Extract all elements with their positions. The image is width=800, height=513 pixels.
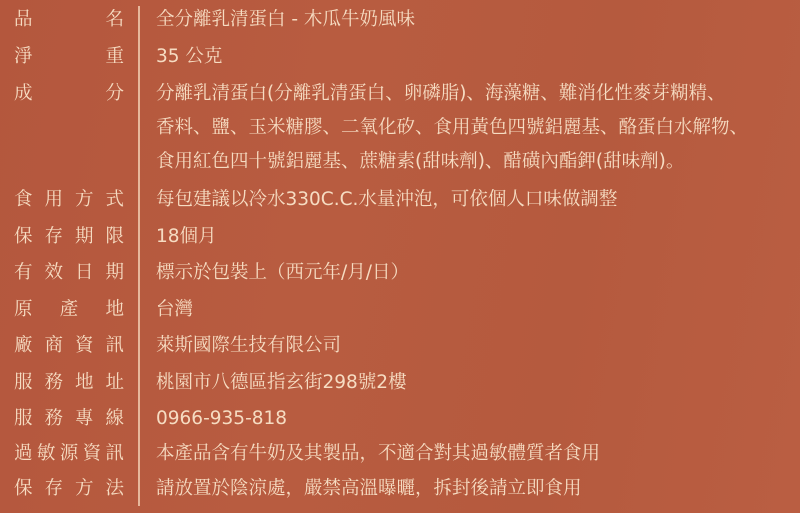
label-origin: 原 產 地 (14, 293, 124, 327)
label-product-name: 品 名 (14, 3, 124, 37)
value-line: 請放置於陰涼處，嚴禁高溫曝曬，拆封後請立即食用 (156, 472, 796, 506)
label-char: 品 (14, 3, 33, 37)
label-char: 務 (44, 366, 63, 400)
label-char: 日 (75, 256, 94, 290)
value-service-address: 桃園市八德區指玄街298號2樓 (156, 366, 796, 400)
column-divider (138, 6, 140, 506)
label-char: 用 (44, 183, 63, 217)
label-char: 名 (105, 3, 124, 37)
label-char: 資 (75, 329, 94, 363)
value-line: 全分離乳清蛋白 - 木瓜牛奶風味 (156, 3, 796, 37)
label-char: 原 (14, 293, 33, 327)
label-service-hotline: 服 務 專 線 (14, 402, 124, 436)
value-net-weight: 35 公克 (156, 40, 796, 74)
label-char: 服 (14, 366, 33, 400)
label-allergen-info: 過 敏 源 資 訊 (14, 437, 124, 471)
label-char: 服 (14, 402, 33, 436)
label-char: 保 (14, 472, 33, 506)
label-char: 資 (83, 437, 102, 471)
value-shelf-life: 18個月 (156, 220, 796, 254)
label-char: 務 (44, 402, 63, 436)
label-char: 存 (44, 472, 63, 506)
label-char: 重 (105, 40, 124, 74)
label-char: 過 (14, 437, 33, 471)
value-line: 每包建議以冷水330C.C.水量沖泡，可依個人口味做調整 (156, 183, 796, 217)
value-usage: 每包建議以冷水330C.C.水量沖泡，可依個人口味做調整 (156, 183, 796, 217)
value-line: 食用紅色四十號鋁麗基、蔗糖素(甜味劑)、醋磺內酯鉀(甜味劑)。 (156, 145, 796, 179)
label-manufacturer: 廠 商 資 訊 (14, 329, 124, 363)
label-char: 廠 (14, 329, 33, 363)
value-manufacturer: 萊斯國際生技有限公司 (156, 329, 796, 363)
label-shelf-life: 保 存 期 限 (14, 220, 124, 254)
label-char: 商 (44, 329, 63, 363)
label-char: 期 (105, 256, 124, 290)
label-expiry-date: 有 效 日 期 (14, 256, 124, 290)
value-line: 0966-935-818 (156, 402, 796, 436)
label-char: 存 (44, 220, 63, 254)
value-line: 萊斯國際生技有限公司 (156, 329, 796, 363)
value-line: 35 公克 (156, 40, 796, 74)
label-char: 址 (105, 366, 124, 400)
value-product-name: 全分離乳清蛋白 - 木瓜牛奶風味 (156, 3, 796, 37)
value-origin: 台灣 (156, 293, 796, 327)
label-char: 產 (60, 293, 79, 327)
label-char: 效 (44, 256, 63, 290)
label-char: 有 (14, 256, 33, 290)
value-line: 台灣 (156, 293, 796, 327)
label-char: 方 (75, 472, 94, 506)
label-storage-method: 保 存 方 法 (14, 472, 124, 506)
value-ingredients: 分離乳清蛋白(分離乳清蛋白、卵磷脂)、海藻糖、難消化性麥芽糊精、 香料、鹽、玉米… (156, 77, 796, 179)
value-line: 香料、鹽、玉米糖膠、二氧化矽、食用黃色四號鋁麗基、酪蛋白水解物、 (156, 111, 796, 145)
value-line: 標示於包裝上（西元年/月/日） (156, 256, 796, 290)
label-char: 源 (60, 437, 79, 471)
label-char: 地 (75, 366, 94, 400)
value-line: 18個月 (156, 220, 796, 254)
label-usage: 食 用 方 式 (14, 183, 124, 217)
label-ingredients: 成 分 (14, 77, 124, 111)
product-info-sheet: 品 名 全分離乳清蛋白 - 木瓜牛奶風味 淨 重 35 公克 成 分 分離乳清蛋… (0, 0, 800, 513)
value-line: 桃園市八德區指玄街298號2樓 (156, 366, 796, 400)
label-char: 專 (75, 402, 94, 436)
value-allergen-info: 本產品含有牛奶及其製品，不適合對其過敏體質者食用 (156, 437, 796, 471)
label-char: 限 (105, 220, 124, 254)
label-char: 法 (105, 472, 124, 506)
value-line: 分離乳清蛋白(分離乳清蛋白、卵磷脂)、海藻糖、難消化性麥芽糊精、 (156, 77, 796, 111)
value-line: 本產品含有牛奶及其製品，不適合對其過敏體質者食用 (156, 437, 796, 471)
label-char: 成 (14, 77, 33, 111)
value-expiry-date: 標示於包裝上（西元年/月/日） (156, 256, 796, 290)
label-char: 訊 (105, 437, 124, 471)
label-char: 方 (75, 183, 94, 217)
label-char: 敏 (37, 437, 56, 471)
label-char: 分 (105, 77, 124, 111)
label-net-weight: 淨 重 (14, 40, 124, 74)
label-service-address: 服 務 地 址 (14, 366, 124, 400)
value-storage-method: 請放置於陰涼處，嚴禁高溫曝曬，拆封後請立即食用 (156, 472, 796, 506)
label-char: 地 (105, 293, 124, 327)
label-char: 食 (14, 183, 33, 217)
label-char: 式 (105, 183, 124, 217)
label-char: 淨 (14, 40, 33, 74)
label-char: 保 (14, 220, 33, 254)
value-service-hotline: 0966-935-818 (156, 402, 796, 436)
label-char: 線 (105, 402, 124, 436)
label-char: 訊 (105, 329, 124, 363)
label-char: 期 (75, 220, 94, 254)
